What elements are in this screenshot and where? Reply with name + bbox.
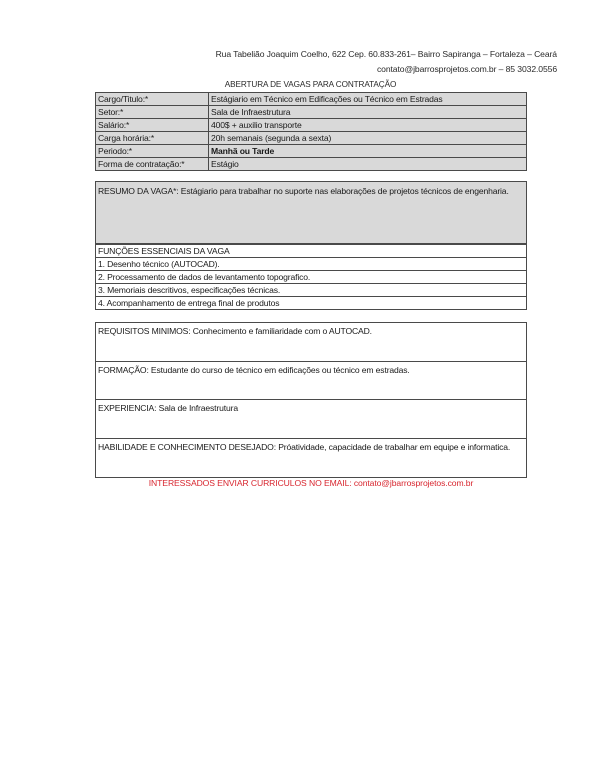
function-item: 2. Processamento de dados de levantament… <box>96 271 527 284</box>
document-title: ABERTURA DE VAGAS PARA CONTRATAÇÃO <box>95 80 526 89</box>
table-row: Salário:* 400$ + auxilio transporte <box>96 119 527 132</box>
functions-header: FUNÇÕES ESSENCIAIS DA VAGA <box>96 245 527 258</box>
application-instructions: INTERESSADOS ENVIAR CURRICULOS NO EMAIL:… <box>95 478 527 488</box>
field-value: 20h semanais (segunda a sexta) <box>209 132 527 145</box>
field-label: Salário:* <box>96 119 209 132</box>
function-item: 1. Desenho técnico (AUTOCAD). <box>96 258 527 271</box>
field-value: Estágio <box>209 158 527 171</box>
table-header-row: FUNÇÕES ESSENCIAIS DA VAGA <box>96 245 527 258</box>
minimum-requirements: REQUISITOS MINIMOS: Conhecimento e famil… <box>96 323 526 362</box>
field-value: Estágiario em Técnico em Edificações ou … <box>209 93 527 106</box>
field-label: Periodo:* <box>96 145 209 158</box>
field-label: Forma de contratação:* <box>96 158 209 171</box>
table-row: Setor:* Sala de Infraestrutura <box>96 106 527 119</box>
education: FORMAÇÃO: Estudante do curso de técnico … <box>96 362 526 401</box>
table-row: 1. Desenho técnico (AUTOCAD). <box>96 258 527 271</box>
contact-line: contato@jbarrosprojetos.com.br – 85 3032… <box>216 62 557 77</box>
function-item: 3. Memoriais descritivos, especificações… <box>96 284 527 297</box>
requirements-box: REQUISITOS MINIMOS: Conhecimento e famil… <box>95 322 527 478</box>
company-address-block: Rua Tabelião Joaquim Coelho, 622 Cep. 60… <box>216 47 557 77</box>
field-label: Carga horária:* <box>96 132 209 145</box>
experience: EXPERIENCIA: Sala de Infraestrutura <box>96 400 526 439</box>
field-value: Sala de Infraestrutura <box>209 106 527 119</box>
desired-skills: HABILIDADE E CONHECIMENTO DESEJADO: Próa… <box>96 439 526 478</box>
essential-functions-table: FUNÇÕES ESSENCIAIS DA VAGA 1. Desenho té… <box>95 244 527 310</box>
table-row: Periodo:* Manhã ou Tarde <box>96 145 527 158</box>
job-summary: RESUMO DA VAGA*: Estágiario para trabalh… <box>95 181 527 244</box>
table-row: Cargo/Titulo:* Estágiario em Técnico em … <box>96 93 527 106</box>
table-row: Forma de contratação:* Estágio <box>96 158 527 171</box>
field-value: Manhã ou Tarde <box>209 145 527 158</box>
function-item: 4. Acompanhamento de entrega final de pr… <box>96 297 527 310</box>
job-info-table: Cargo/Titulo:* Estágiario em Técnico em … <box>95 92 527 171</box>
table-row: 3. Memoriais descritivos, especificações… <box>96 284 527 297</box>
address-line: Rua Tabelião Joaquim Coelho, 622 Cep. 60… <box>216 47 557 62</box>
field-label: Cargo/Titulo:* <box>96 93 209 106</box>
field-label: Setor:* <box>96 106 209 119</box>
field-value: 400$ + auxilio transporte <box>209 119 527 132</box>
table-row: 4. Acompanhamento de entrega final de pr… <box>96 297 527 310</box>
table-row: Carga horária:* 20h semanais (segunda a … <box>96 132 527 145</box>
table-row: 2. Processamento de dados de levantament… <box>96 271 527 284</box>
